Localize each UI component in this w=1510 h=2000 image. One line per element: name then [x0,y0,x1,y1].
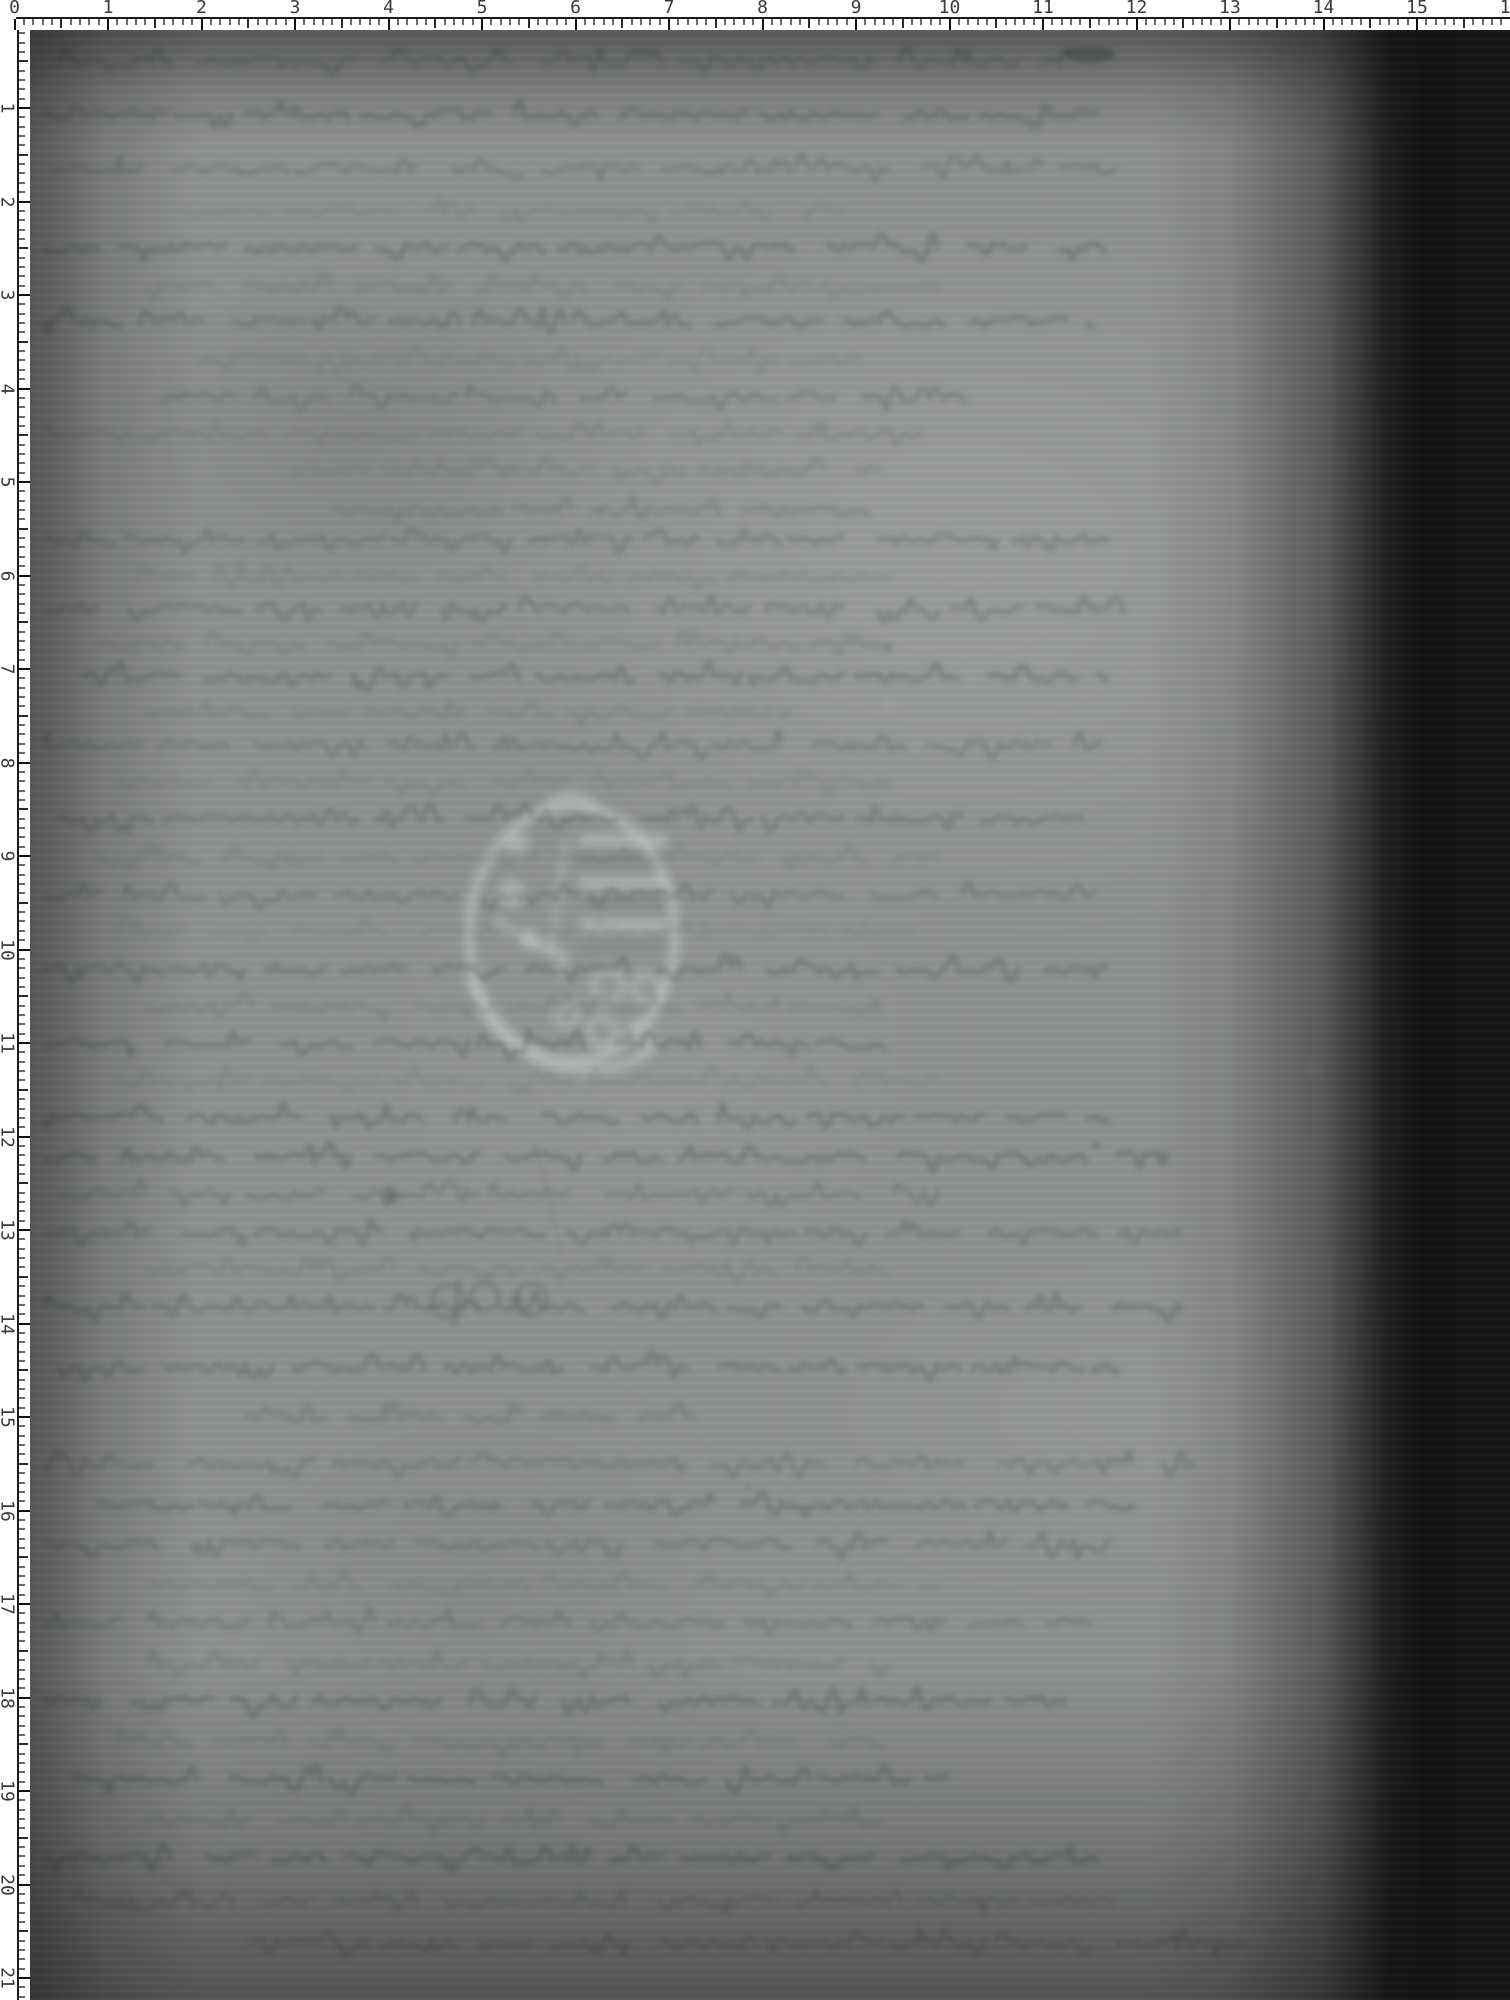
ruler-tick-minor [229,19,231,25]
handwriting-line [45,731,1102,758]
ruler-tick-minor [1276,19,1278,28]
handwriting-layer [45,47,1244,1956]
ruler-tick-minor [1117,19,1119,25]
ruler-tick-minor [1051,19,1053,25]
ruler-tick-minor [19,593,25,595]
ruler-tick-minor [958,19,960,25]
ruler-tick-minor [19,1640,25,1642]
handwriting-line [50,1845,1097,1871]
ruler-tick-minor [32,19,34,25]
ruler-tick-minor [416,19,418,25]
ruler-tick-minor [313,19,315,25]
ruler-tick-minor [19,397,25,399]
ruler-tick-minor [359,19,361,25]
ruler-tick-minor [462,19,464,25]
ruler-tick-minor [19,621,28,623]
handwriting-line [45,1293,1181,1321]
ruler-tick-minor [1201,19,1203,25]
ruler-tick-major [762,19,764,30]
handwriting-line [45,101,1097,128]
ruler-tick-minor [705,19,707,25]
ruler-tick-minor [1435,19,1437,25]
ruler-tick-minor [920,19,922,25]
ruler-tick-minor [126,19,128,25]
ruler-tick-minor [19,472,25,474]
ruler-tick-minor [1388,19,1390,25]
ruler-tick-minor [1500,19,1502,25]
ruler-tick-minor [19,1173,25,1175]
ruler-tick-minor [19,1182,28,1184]
ruler-tick-minor [19,126,25,128]
ruler-label: 7 [0,664,15,675]
ruler-tick-minor [19,1051,25,1053]
ruler-tick-minor [1379,19,1381,25]
ruler-label: 11 [0,1032,15,1054]
ruler-tick-minor [19,771,25,773]
ruler-tick-major [575,19,577,30]
ruler-label: 10 [939,0,961,15]
ruler-tick-minor [1154,19,1156,25]
ruler-tick-minor [19,556,25,558]
ruler-tick-minor [444,19,446,25]
ruler-tick-minor [19,1379,25,1381]
ruler-tick-minor [864,19,866,25]
ruler-tick-minor [19,210,25,212]
bottom-edge-shadow [30,1670,1510,2000]
ruler-label: 12 [1126,0,1148,15]
ruler-tick-minor [182,19,184,25]
ruler-tick-minor [19,1388,25,1390]
ruler-tick-minor [19,546,25,548]
ruler-tick-minor [19,1902,25,1904]
ruler-tick-minor [19,416,25,418]
ruler-tick-minor [19,612,25,614]
ruler-tick-minor [1182,19,1184,28]
ruler-tick-minor [19,285,25,287]
handwriting-line [45,596,1124,622]
watermark-top-spike [543,796,599,813]
ruler-tick-minor [19,846,25,848]
ruler-tick-minor [19,1192,25,1194]
ruler-tick-minor [397,19,399,25]
ruler-tick-minor [1313,19,1315,25]
handwriting-line [148,1257,886,1282]
ruler-tick-major [19,1042,30,1044]
ruler-tick-minor [19,715,28,717]
ruler-tick-minor [19,247,28,249]
ruler-tick-minor [19,1098,25,1100]
watermark-blob [498,880,525,907]
ruler-tick-minor [1192,19,1194,25]
ruler-label: 2 [196,0,207,15]
ruler-tick-minor [537,19,539,25]
ruler-tick-major [481,19,483,30]
ruler-tick-major [1229,19,1231,30]
ruler-tick-minor [285,19,287,25]
handwriting-line [118,1728,883,1756]
ruler-label: 21 [0,1967,15,1989]
ruler-tick-minor [434,19,436,28]
ruler-tick-minor [19,331,25,333]
handwriting-line [99,1493,1134,1515]
ruler-tick-minor [19,1650,28,1652]
handwriting-line [148,274,940,299]
ruler-tick-minor [98,19,100,25]
handwriting-line [59,804,1082,831]
ruler-tick-minor [546,19,548,25]
handwriting-line [45,1532,1109,1559]
ruler-tick-major [19,1977,30,1979]
ruler-tick-minor [247,19,249,28]
ruler-tick-minor [70,19,72,25]
ruler-tick-minor [930,19,932,25]
ruler-tick-minor [1482,19,1484,25]
ruler-tick-minor [19,313,25,315]
ruler-tick-minor [19,1612,25,1614]
ruler-label: 15 [0,1406,15,1428]
ruler-tick-minor [19,1743,28,1745]
ruler-tick-minor [79,19,81,25]
ruler-tick-minor [19,1453,25,1455]
ruler-tick-minor [19,977,25,979]
ruler-tick-major [855,19,857,30]
ruler-tick-minor [818,19,820,25]
ruler-tick-minor [135,19,137,25]
ruler-tick-major [19,855,30,857]
ruler-tick-minor [490,19,492,25]
watermark-outline [469,806,675,1061]
ruler-tick-minor [1061,19,1063,25]
ruler-tick-minor [19,1575,25,1577]
ruler-tick-minor [19,1547,25,1549]
ruler-tick-minor [19,752,25,754]
ruler-tick-minor [19,1912,25,1914]
ruler-tick-minor [19,1631,25,1633]
ruler-label: 12 [0,1126,15,1148]
ruler-tick-minor [51,19,53,25]
handwriting-line [45,882,1095,909]
ruler-tick-minor [19,1005,25,1007]
ruler-tick-major [201,19,203,30]
ruler-tick-major [19,1790,30,1792]
ruler-tick-minor [19,1210,25,1212]
ruler-tick-minor [42,19,44,25]
ruler-tick-minor [1304,19,1306,25]
ruler-tick-minor [1005,19,1007,25]
ruler-tick-minor [1472,19,1474,25]
ruler-tick-minor [172,19,174,25]
ruler-tick-minor [19,1023,25,1025]
ruler-tick-minor [752,19,754,25]
ruler-tick-minor [808,19,810,28]
top-ruler: 012345678910111213141516 [0,0,1510,30]
handwriting-line [162,385,966,411]
ruler-tick-minor [19,967,25,969]
ruler-tick-minor [19,640,25,642]
ruler-tick-minor [19,1257,25,1259]
ruler-tick-minor [19,229,25,231]
ruler-label: 0 [9,0,20,15]
ruler-tick-minor [19,1341,25,1343]
watermark-bottom-arc [469,976,655,1070]
ruler-tick-minor [565,19,567,25]
ruler-tick-minor [19,1145,25,1147]
ruler-tick-minor [19,1482,25,1484]
ruler-tick-minor [19,154,28,156]
ruler-tick-minor [19,902,28,904]
ruler-tick-minor [19,1566,25,1568]
handwriting-line [295,458,881,482]
handwriting-line [118,1066,940,1094]
ruler-tick-minor [19,687,25,689]
handwriting-line [45,423,921,445]
ruler-tick-minor [1210,19,1212,25]
ruler-tick-minor [1033,19,1035,25]
ruler-tick-minor [771,19,773,25]
ruler-label: 6 [570,0,581,15]
ruler-tick-minor [1070,19,1072,25]
ruler-tick-minor [846,19,848,25]
ruler-tick-major [19,1884,30,1886]
ruler-tick-minor [19,275,25,277]
left-edge-shadow [30,30,195,2000]
handwriting-line [45,529,1108,553]
handwriting-line [99,844,938,868]
ruler-tick-minor [19,1996,25,1998]
ruler-tick-minor [19,1248,25,1250]
ruler-label: 7 [664,0,675,15]
ruler-tick-minor [649,19,651,25]
ruler-tick-minor [1257,19,1259,25]
ruler-tick-minor [677,19,679,25]
ruler-tick-minor [163,19,165,25]
ruler-tick-major [19,1229,30,1231]
ruler-tick-minor [19,509,25,511]
handwriting-line [59,1180,937,1205]
ruler-tick-major [19,575,30,577]
ruler-tick-minor [19,444,25,446]
ruler-tick-minor [19,51,25,53]
ruler-tick-minor [19,42,25,44]
ruler-tick-minor [1453,19,1455,25]
handwriting-line [45,1450,1194,1477]
ruler-tick-minor [19,836,25,838]
flourish-loop [471,1283,498,1310]
handwriting-line [118,770,889,794]
ruler-tick-minor [1295,19,1297,25]
watermark-cluster-circle [556,1004,578,1026]
ruler-tick-minor [1164,19,1166,25]
ruler-tick-minor [19,1781,25,1783]
watermark-stem [549,839,566,962]
ruler-tick-minor [790,19,792,25]
ruler-tick-minor [640,19,642,25]
handwriting-line [246,1404,695,1422]
ruler-label: 18 [0,1687,15,1709]
ruler-tick-minor [19,1715,25,1717]
ruler-tick-minor [19,1827,25,1829]
ruler-tick-minor [19,378,25,380]
ruler-tick-minor [266,19,268,25]
handwriting-line [251,1929,1245,1956]
ruler-tick-minor [911,19,913,25]
ruler-tick-minor [696,19,698,25]
ruler-tick-minor [19,500,25,502]
ruler-tick-major [19,388,30,390]
ruler-tick-minor [528,19,530,28]
ruler-tick-minor [19,1809,25,1811]
watermark-cluster-circle [628,1023,652,1047]
ruler-tick-minor [19,88,25,90]
ruler-tick-major [294,19,296,30]
ruler-tick-minor [275,19,277,25]
ruler-label: 10 [0,939,15,961]
ruler-tick-minor [19,780,25,782]
ruler-tick-minor [472,19,474,25]
ruler-tick-minor [350,19,352,25]
ruler-tick-minor [19,350,25,352]
ruler-tick-minor [892,19,894,25]
handwriting-line [334,496,869,521]
ruler-tick-minor [902,19,904,28]
handwriting-line [45,1104,1110,1128]
handwriting-line [148,1651,888,1677]
ruler-tick-minor [518,19,520,25]
ruler-tick-minor [1397,19,1399,25]
ruler-tick-minor [19,827,25,829]
ruler-tick-minor [19,98,25,100]
ruler-tick-minor [1173,19,1175,25]
ruler-tick-minor [341,19,343,28]
ruler-tick-minor [23,19,25,25]
ruler-tick-minor [986,19,988,25]
ruler-tick-minor [19,799,25,801]
ruler-tick-minor [19,1949,25,1951]
dark-speck [884,644,892,652]
ruler-tick-minor [19,406,25,408]
ruler-tick-minor [19,864,25,866]
ruler-tick-minor [116,19,118,25]
ruler-label: 20 [0,1874,15,1896]
ruler-tick-minor [19,1669,25,1671]
ruler-tick-minor [19,266,25,268]
ruler-tick-minor [659,19,661,25]
ruler-tick-minor [238,19,240,25]
handwriting-line [84,662,1107,689]
ruler-tick-minor [19,1771,25,1773]
ruler-tick-minor [19,1332,25,1334]
handwriting-line [148,702,788,725]
ruler-tick-minor [453,19,455,25]
ruler-tick-minor [19,163,25,165]
ruler-tick-minor [19,1351,25,1353]
ruler-label: 16 [0,1500,15,1522]
ruler-tick-minor [19,1285,25,1287]
ruler-tick-major [1042,19,1044,30]
handwriting-line [148,1805,880,1833]
ruler-tick-minor [19,808,28,810]
handwriting-line [187,198,845,224]
scan-image [30,30,1510,2000]
ruler-tick-minor [799,19,801,25]
ruler-tick-minor [19,1556,28,1558]
ruler-tick-major [19,294,30,296]
ruler-tick-major [388,19,390,30]
ruler-tick-minor [19,359,25,361]
flourish-loop [432,1285,465,1318]
flourish-loop [515,1284,546,1315]
ruler-tick-minor [967,19,969,25]
ruler-tick-minor [19,1070,25,1072]
ruler-tick-minor [19,1201,25,1203]
ruler-tick-minor [724,19,726,25]
ruler-tick-minor [19,631,25,633]
ruler-tick-minor [19,1584,25,1586]
ruler-tick-minor [19,986,25,988]
ruler-tick-major [19,201,30,203]
ruler-tick-minor [19,1706,25,1708]
ruler-label: 8 [0,757,15,768]
ruler-tick-major [14,19,16,30]
ruler-tick-minor [19,453,25,455]
ruler-tick-minor [1463,19,1465,28]
ruler-tick-minor [1220,19,1222,25]
ruler-tick-minor [19,191,25,193]
ruler-tick-minor [19,537,25,539]
ruler-tick-minor [19,696,25,698]
watermark-cluster-circle [594,971,623,1000]
handwriting-line [45,1143,1166,1170]
ruler-tick-minor [19,1033,25,1035]
ruler-tick-minor [19,1491,25,1493]
ruler-label: 1 [0,103,15,114]
ruler-label: 2 [0,196,15,207]
ruler-tick-minor [19,1519,25,1521]
ruler-tick-minor [631,19,633,25]
ruler-tick-minor [19,341,28,343]
ruler-tick-minor [19,995,28,997]
ruler-tick-major [19,1323,30,1325]
ruler-tick-minor [19,172,25,174]
handwriting-line [138,565,891,588]
ruler-tick-major [19,1510,30,1512]
ruler-tick-minor [19,1818,25,1820]
ruler-tick-minor [144,19,146,25]
ruler-tick-minor [19,1659,25,1661]
right-scan-shadow [1150,30,1510,2000]
ruler-tick-minor [19,1734,25,1736]
ruler-tick-minor [883,19,885,25]
ruler-label: 6 [0,570,15,581]
ruler-label: 13 [0,1219,15,1241]
ruler-tick-minor [19,1014,25,1016]
ruler-label: 4 [383,0,394,15]
ruler-tick-minor [19,603,25,605]
ruler-tick-minor [780,19,782,25]
ruler-tick-minor [19,322,25,324]
scan-graphics [30,30,1510,2000]
ruler-tick-minor [19,1528,25,1530]
ruler-tick-minor [836,19,838,25]
ruler-tick-minor [612,19,614,25]
ruler-tick-minor [19,1846,25,1848]
ruler-tick-minor [19,677,25,679]
ruler-tick-minor [733,19,735,25]
ruler-tick-minor [19,920,25,922]
ruler-tick-minor [1126,19,1128,25]
ruler-tick-minor [19,958,25,960]
dark-speck [597,508,603,514]
